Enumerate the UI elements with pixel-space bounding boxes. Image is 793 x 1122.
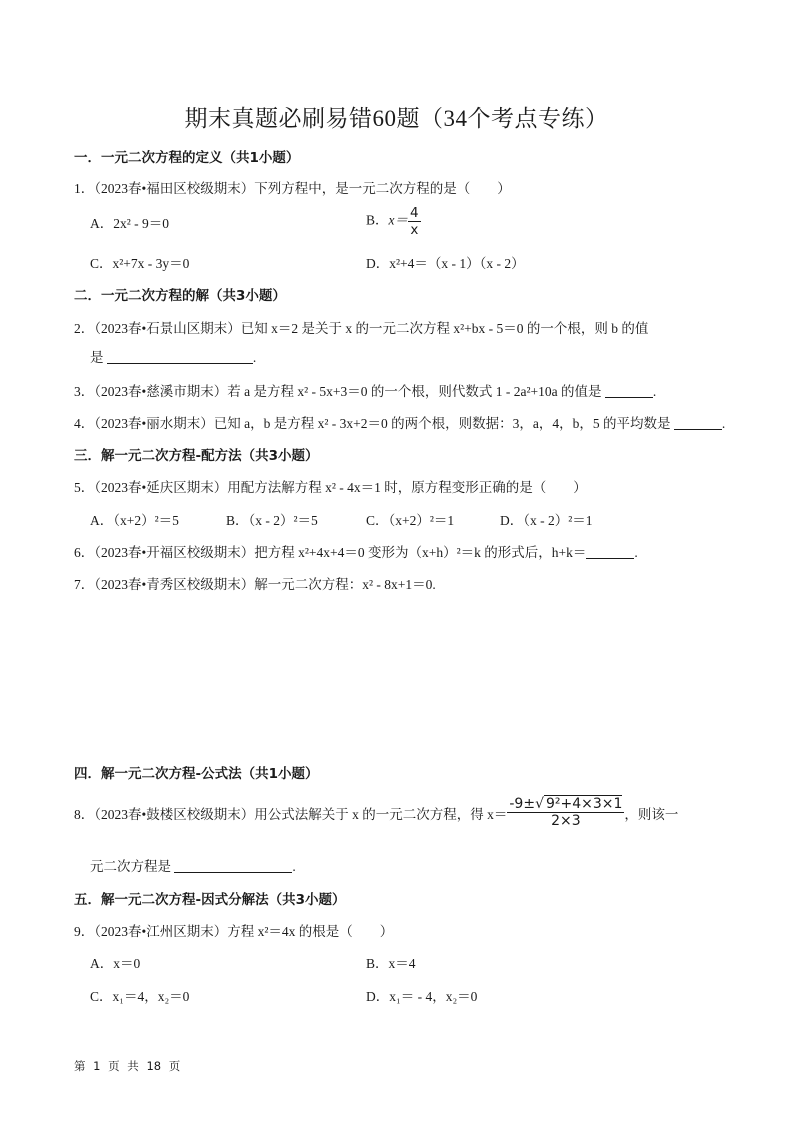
sqrt-radicand: 9²+4×3×1 [544,795,622,812]
question-8-continued: 元二次方程是 . [90,855,296,875]
page-footer: 第 1 页 共 18 页 [74,1058,180,1074]
question-8-cont-text: 元二次方程是 [90,859,171,874]
section-heading-1: 一．一元二次方程的定义（共1小题） [74,146,299,166]
q1-option-a: A．2x² - 9＝0 [90,212,169,232]
fraction: 4x [408,205,421,238]
question-3: 3．（2023春•慈溪市期末）若 a 是方程 x² - 5x+3＝0 的一个根，… [74,380,656,400]
question-8: 8．（2023春•鼓楼区校级期末）用公式法解关于 x 的一元二次方程，得 x＝ … [74,796,678,829]
q1-option-c: C．x²+7x - 3y＝0 [90,252,189,272]
q5-option-a: A．（x+2）²＝5 [90,509,179,529]
q9-option-a: A．x＝0 [90,952,140,972]
section-heading-4: 四．解一元二次方程-公式法（共1小题） [74,762,319,782]
q5-option-b: B．（x - 2）²＝5 [226,509,318,529]
fraction-denominator: x [410,222,418,238]
question-6-text: 6．（2023春•开福区校级期末）把方程 x²+4x+4＝0 变形为（x+h）²… [74,545,586,560]
q9-option-c: C．x₁＝4，x₂＝0 [90,985,189,1005]
q1-option-b-label: B． [366,213,389,228]
q1-option-b-lhs: x＝ [389,213,409,228]
question-7: 7．（2023春•青秀区校级期末）解一元二次方程：x² - 8x+1＝0. [74,573,436,593]
section-heading-3: 三．解一元二次方程-配方法（共3小题） [74,444,319,464]
answer-blank[interactable] [605,385,653,398]
section-heading-5: 五．解一元二次方程-因式分解法（共3小题） [74,888,346,908]
q9-option-d: D．x₁＝ - 4，x₂＝0 [366,985,477,1005]
q1-option-b: B．x＝4x [366,205,421,238]
fraction-denominator: 2×3 [551,813,581,829]
q1-option-d: D．x²+4＝（x - 1）（x - 2） [366,252,525,272]
page-title: 期末真题必刷易错60题（34个考点专练） [0,100,793,133]
question-9: 9．（2023春•江州区期末）方程 x²＝4x 的根是（ ） [74,920,393,940]
question-1: 1．（2023春•福田区校级期末）下列方程中，是一元二次方程的是（ ） [74,177,511,197]
section-heading-2: 二．一元二次方程的解（共3小题） [74,284,286,304]
question-2-continued: 是 . [90,346,256,366]
question-4: 4．（2023春•丽水期末）已知 a，b 是方程 x² - 3x+2＝0 的两个… [74,412,725,432]
answer-blank[interactable] [674,417,722,430]
answer-space[interactable] [74,595,724,745]
question-3-text: 3．（2023春•慈溪市期末）若 a 是方程 x² - 5x+3＝0 的一个根，… [74,384,602,399]
answer-blank[interactable] [586,546,634,559]
question-8-text: 8．（2023春•鼓楼区校级期末）用公式法解关于 x 的一元二次方程，得 x＝ [74,803,507,823]
question-2-cont-text: 是 [90,350,104,365]
answer-blank[interactable] [107,351,253,364]
fraction-numerator: -9±√9²+4×3×1 [507,796,624,813]
q5-option-d: D．（x - 2）²＝1 [500,509,593,529]
q5-option-c: C．（x+2）²＝1 [366,509,454,529]
question-5: 5．（2023春•延庆区期末）用配方法解方程 x² - 4x＝1 时，原方程变形… [74,476,587,496]
question-6: 6．（2023春•开福区校级期末）把方程 x²+4x+4＝0 变形为（x+h）²… [74,541,638,561]
question-8-suffix: ，则该一 [624,803,678,823]
numerator-prefix: -9± [509,796,535,812]
quadratic-formula-fraction: -9±√9²+4×3×1 2×3 [507,796,624,829]
q9-option-b: B．x＝4 [366,952,416,972]
question-2: 2．（2023春•石景山区期末）已知 x＝2 是关于 x 的一元二次方程 x²+… [74,317,648,337]
question-4-text: 4．（2023春•丽水期末）已知 a，b 是方程 x² - 3x+2＝0 的两个… [74,416,671,431]
fraction-numerator: 4 [408,205,421,222]
answer-blank[interactable] [174,860,292,873]
